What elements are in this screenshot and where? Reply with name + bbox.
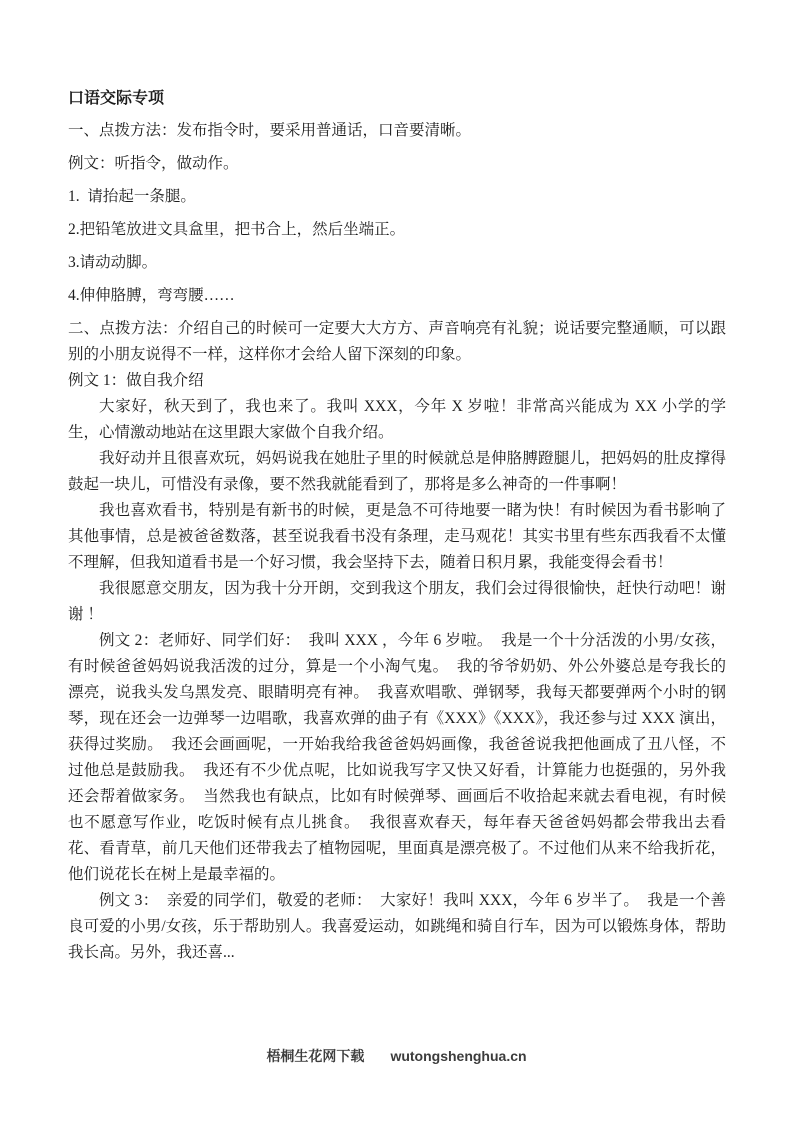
example-2-paragraph: 例文 2：老师好、同学们好： 我叫 XXX ，今年 6 岁啦。 我是一个十分活泼… [68, 628, 726, 888]
example-3-paragraph: 例文 3： 亲爱的同学们，敬爱的老师： 大家好！我叫 XXX，今年 6 岁半了。… [68, 888, 726, 966]
example-1-paragraph-4: 我很愿意交朋友，因为我十分开朗，交到我这个朋友，我们会过得很愉快，赶快行动吧！谢… [68, 576, 726, 628]
example-1-paragraph-2: 我好动并且很喜欢玩，妈妈说我在她肚子里的时候就总是伸胳膊蹬腿儿，把妈妈的肚皮撑得… [68, 446, 726, 498]
document-title: 口语交际专项 [68, 86, 726, 112]
section-2-method-line: 二、点拨方法：介绍自己的时候可一定要大大方方、声音响亮有礼貌；说话要完整通顺，可… [68, 316, 726, 368]
section-1-method-line: 一、点拨方法：发布指令时，要采用普通话，口音要清晰。 [68, 118, 726, 144]
instruction-item-1: 1. 请抬起一条腿。 [68, 184, 726, 210]
instruction-item-3: 3.请动动脚。 [68, 250, 726, 276]
example-1-paragraph-1: 大家好，秋天到了，我也来了。我叫 XXX，今年 X 岁啦！非常高兴能成为 XX … [68, 394, 726, 446]
page-footer: 梧桐生花网下载wutongshenghua.cn [0, 1046, 793, 1066]
example-1-heading: 例文 1：做自我介绍 [68, 368, 726, 394]
instruction-item-2: 2.把铅笔放进文具盒里，把书合上，然后坐端正。 [68, 217, 726, 243]
example-1-paragraph-3: 我也喜欢看书，特别是有新书的时候，更是急不可待地要一睹为快！有时候因为看书影响了… [68, 498, 726, 576]
document-page: 口语交际专项 一、点拨方法：发布指令时，要采用普通话，口音要清晰。 例文：听指令… [0, 0, 793, 1122]
instruction-item-4: 4.伸伸胳膊，弯弯腰…… [68, 283, 726, 309]
section-1-example-label: 例文：听指令，做动作。 [68, 151, 726, 177]
footer-site-url: wutongshenghua.cn [390, 1048, 526, 1064]
footer-site-name: 梧桐生花网下载 [266, 1048, 364, 1064]
